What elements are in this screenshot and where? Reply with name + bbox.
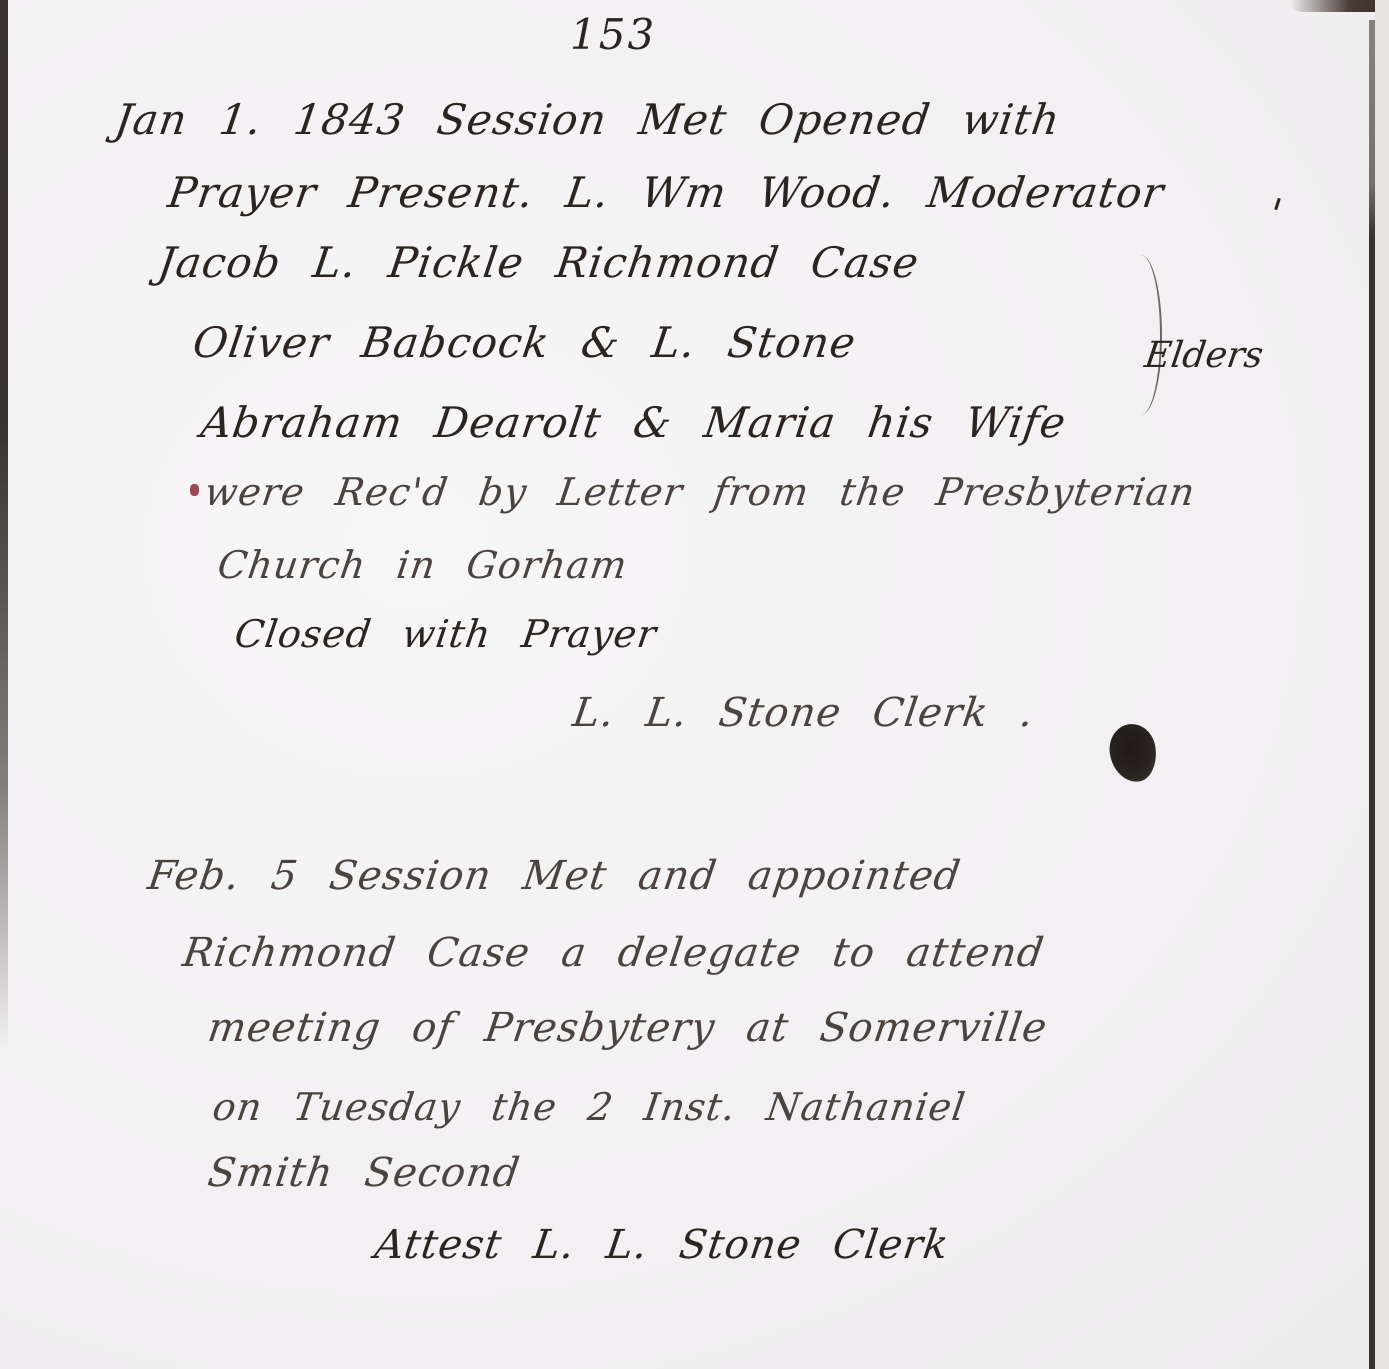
entry1-line5: Abraham Dearolt & Maria his Wife: [198, 398, 1069, 447]
manuscript-page: 153 Jan 1. 1843 Session Met Opened with …: [0, 0, 1389, 1369]
entry2-line4: on Tuesday the 2 Inst. Nathaniel: [210, 1085, 969, 1129]
entry1-line6: were Rec'd by Letter from the Presbyteri…: [202, 470, 1198, 514]
margin-tick: [1274, 198, 1281, 210]
entry1-line4: Oliver Babcock & L. Stone: [190, 318, 859, 367]
entry2-attest-signature: Attest L. L. Stone Clerk: [372, 1222, 952, 1268]
ink-blot: [1106, 721, 1160, 785]
entry1-line1: Jan 1. 1843 Session Met Opened with: [112, 95, 1063, 144]
entry2-line3: meeting of Presbytery at Somerville: [205, 1005, 1050, 1051]
entry1-line3: Jacob L. Pickle Richmond Case: [155, 238, 922, 287]
entry1-line2: Prayer Present. L. Wm Wood. Moderator: [165, 168, 1167, 217]
entry2-line2: Richmond Case a delegate to attend: [180, 930, 1047, 976]
right-margin-strip: [1375, 0, 1389, 1369]
left-page-edge: [0, 0, 8, 1050]
entry1-signature: L. L. Stone Clerk .: [570, 690, 1037, 736]
entry1-closing: Closed with Prayer: [232, 612, 660, 656]
page-number: 153: [570, 10, 656, 59]
red-ink-mark: [190, 484, 199, 496]
entry1-line7: Church in Gorham: [215, 543, 630, 587]
entry2-line5: Smith Second: [205, 1150, 523, 1196]
margin-note-elders: Elders: [1142, 335, 1266, 376]
entry2-line1: Feb. 5 Session Met and appointed: [145, 853, 964, 899]
